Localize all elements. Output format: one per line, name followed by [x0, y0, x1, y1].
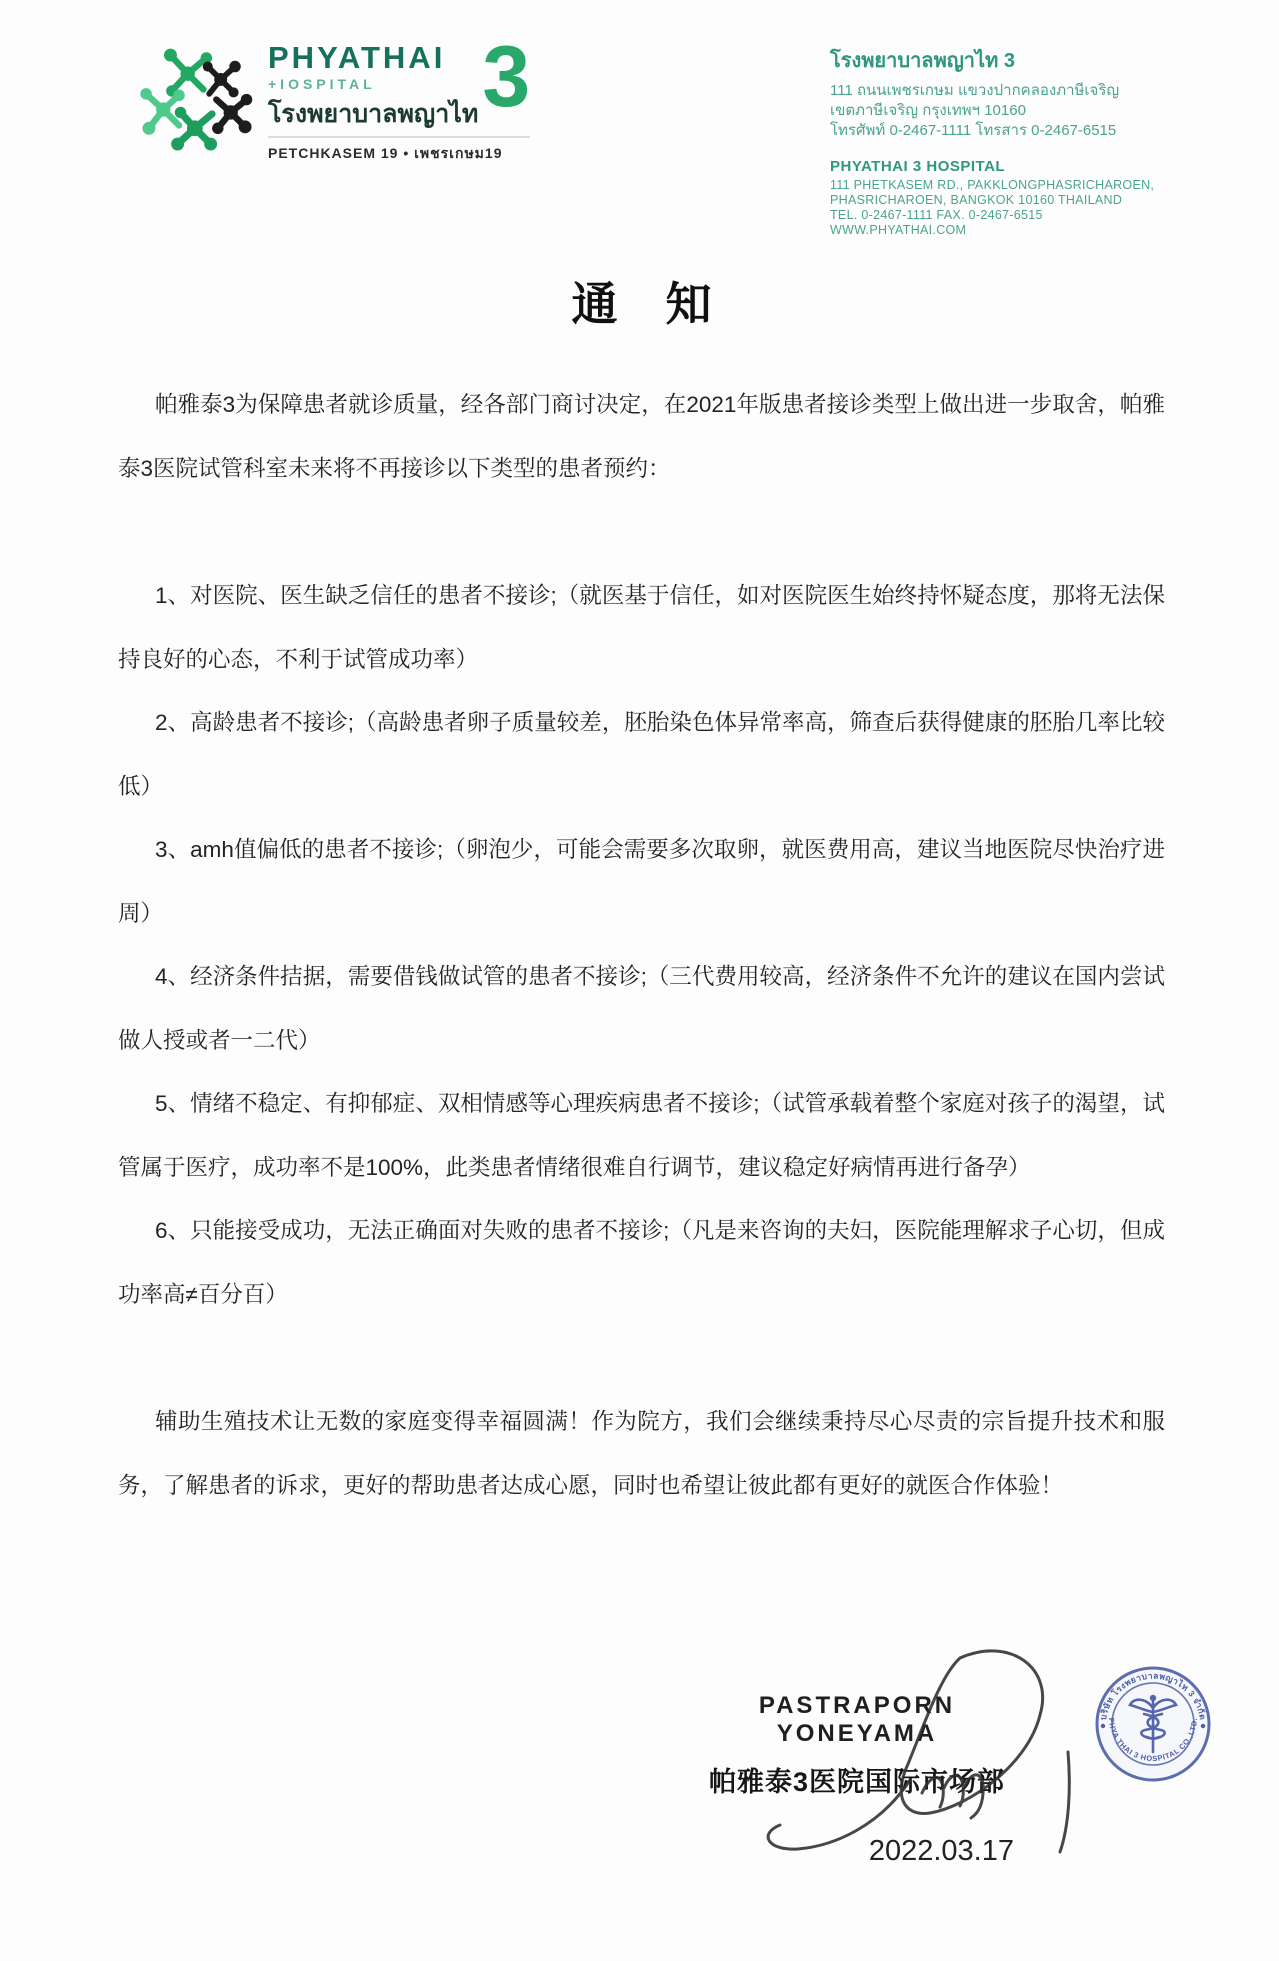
hospital-logo: PHYATHAI +IOSPITAL โรงพยาบาลพญาไท 3 PETC…: [136, 42, 530, 165]
brand-name: PHYATHAI: [268, 42, 478, 73]
list-item: 2、高龄患者不接诊;（高龄患者卵子质量较差，胚胎染色体异常率高，筛查后获得健康的…: [118, 691, 1165, 818]
notice-document: PHYATHAI +IOSPITAL โรงพยาบาลพญาไท 3 PETC…: [0, 0, 1279, 1961]
english-address-line: WWW.PHYATHAI.COM: [830, 223, 1200, 238]
brand-thai-name: โรงพยาบาลพญาไท: [268, 101, 478, 129]
thai-address-line: 111 ถนนเพชรเกษม แขวงปากคลองภาษีเจริญ: [830, 81, 1200, 101]
list-item: 5、情绪不稳定、有抑郁症、双相情感等心理疾病患者不接诊;（试管承载着整个家庭对孩…: [118, 1072, 1165, 1199]
english-address-title: PHYATHAI 3 HOSPITAL: [830, 158, 1200, 175]
english-address-line: PHASRICHAROEN, BANGKOK 10160 THAILAND: [830, 193, 1200, 208]
list-item: 3、amh值偏低的患者不接诊;（卵泡少，可能会需要多次取卵，就医费用高，建议当地…: [118, 818, 1165, 945]
english-address-line: 111 PHETKASEM RD., PAKKLONGPHASRICHAROEN…: [830, 178, 1200, 193]
page-title: 通 知: [118, 268, 1165, 334]
stamp-seal-icon: บริษัท โรงพยาบาลพญาไท 3 จำกัด PHYA THAI …: [1093, 1664, 1213, 1784]
list-item: 4、经济条件拮据，需要借钱做试管的患者不接诊;（三代费用较高，经济条件不允许的建…: [118, 945, 1165, 1072]
notice-body: 通 知 帕雅泰3为保障患者就诊质量，经各部门商讨决定，在2021年版患者接诊类型…: [118, 268, 1165, 1517]
thai-address-title: โรงพยาบาลพญาไท 3: [830, 44, 1200, 76]
molecule-logo-icon: [136, 42, 258, 160]
thai-address-line: โทรศัพท์ 0-2467-1111 โทรสาร 0-2467-6515: [830, 121, 1200, 141]
list-item: 1、对医院、医生缺乏信任的患者不接诊;（就医基于信任，如对医院医生始终持怀疑态度…: [118, 564, 1165, 691]
brand-subtitle: +IOSPITAL: [268, 76, 478, 92]
brand-number-3: 3: [482, 42, 530, 113]
english-address-line: TEL. 0-2467-1111 FAX. 0-2467-6515: [830, 208, 1200, 223]
address-block: โรงพยาบาลพญาไท 3 111 ถนนเพชรเกษม แขวงปาก…: [830, 44, 1200, 238]
closing-paragraph: 辅助生殖技术让无数的家庭变得幸福圆满！作为院方，我们会继续秉持尽心尽责的宗旨提升…: [118, 1390, 1165, 1517]
handwritten-signature: [640, 1630, 1100, 1870]
list-item: 6、只能接受成功，无法正确面对失败的患者不接诊;（凡是来咨询的夫妇，医院能理解求…: [118, 1199, 1165, 1326]
thai-address-line: เขตภาษีเจริญ กรุงเทพฯ 10160: [830, 101, 1200, 121]
brand-tagline: PETCHKASEM 19 • เพชรเกษม19: [268, 136, 530, 165]
intro-paragraph: 帕雅泰3为保障患者就诊质量，经各部门商讨决定，在2021年版患者接诊类型上做出进…: [118, 373, 1165, 500]
